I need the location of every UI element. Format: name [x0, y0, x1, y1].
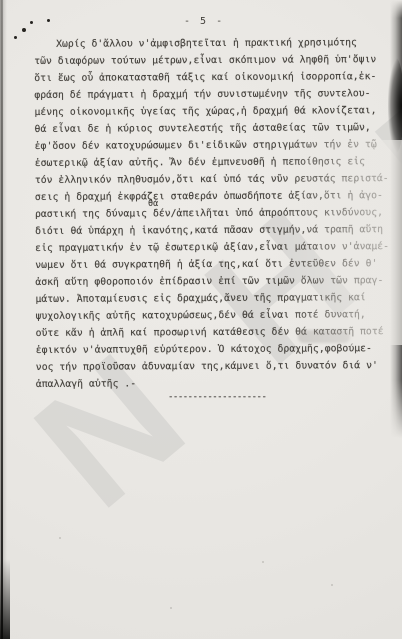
text-line: σεις ἡ δραχμή ἐκφράζει σταθεράν ὁπωσδήπο…: [35, 190, 400, 209]
text-line: μάτων. Ἀποταμίευσις εἰς δραχμάς,ἄνευ τῆς…: [35, 292, 400, 311]
text-line: ἀσκῆ αὕτη φθοροποιόν ἐπίδρασιν ἐπί τῶν τ…: [35, 275, 400, 294]
bottom-left-corner-shadow: [0, 559, 10, 639]
ink-speck: [47, 19, 50, 22]
smudge-mark: [298, 330, 350, 343]
text-line: ψυχολογικῆς αὐτῆς κατοχυρώσεως,δέν θά εἶ…: [35, 309, 400, 328]
ink-speck: [30, 21, 33, 24]
text-line: ὅτι ἕως οὗ ἀποκατασταθῆ τάξις καί οἰκονο…: [34, 71, 399, 90]
ink-speck: [22, 28, 26, 32]
left-edge-line: [1, 0, 3, 639]
text-line: φράση δέ πράγματι ἡ δραχμή τήν συνιστωμέ…: [34, 88, 399, 107]
paper-speck: [59, 537, 61, 539]
text-line: νωμεν ὅτι θά συγκρατηθῆ ἡ ἀξία της,καί ὅ…: [35, 258, 400, 277]
text-line: ἐφικτόν ν'ἀναπτυχθῆ εὐρύτερον. Ὁ κάτοχος…: [36, 343, 401, 362]
text-line: ἐσωτερικῷ ἀξίαν αὐτῆς. Ἄν δέν ἐμπνευσθῆ …: [35, 156, 400, 175]
ink-speck: [14, 36, 17, 39]
text-line: μένης οἰκονομικῆς ὑγείας τῆς χώρας,ἡ δρα…: [34, 105, 399, 124]
text-line: Χωρίς δ'ἄλλου ν'ἀμφισβητεῖται ἡ πρακτική…: [34, 37, 399, 56]
paper-speck: [170, 607, 172, 609]
text-line: τῶν διαφόρων τούτων μέτρων,εἶναι σκόπιμο…: [34, 54, 399, 73]
text-line: νος τήν προϊοῦσαν ἀδυναμίαν της,κάμνει ὅ…: [36, 360, 401, 379]
interlinear-insertion: θά: [148, 199, 158, 209]
divider-dashes: --------------------: [168, 392, 266, 402]
text-line: τόν ἑλληνικόν πληθυσμόν,ὅτι καί ὑπό τάς …: [35, 173, 400, 192]
text-line: ραστική της δύναμις δέν/ἀπειλῆται ὑπό ἀπ…: [35, 207, 400, 226]
paper-speck: [262, 561, 264, 563]
scanned-page: NHM - 5 - Χωρίς δ'ἄλλου ν'ἀμφισβητεῖται …: [0, 0, 402, 639]
text-line: ἐφ'ὅσον δέν κατοχυρώσωμεν δι'εἰδικῶν στη…: [35, 139, 400, 158]
text-line: θά εἶναι δε ἡ κύριος συντελεστής τῆς ἀστ…: [35, 122, 400, 141]
page-number: - 5 -: [184, 16, 224, 27]
text-line: εἰς πραγματικήν ἐν τῷ ἐσωτερικῷ ἀξίαν,εἶ…: [35, 241, 400, 260]
paper-speck: [331, 584, 333, 586]
text-line: διότι θά ὑπάρχη ἡ ἱκανότης,κατά πᾶσαν στ…: [35, 224, 400, 243]
